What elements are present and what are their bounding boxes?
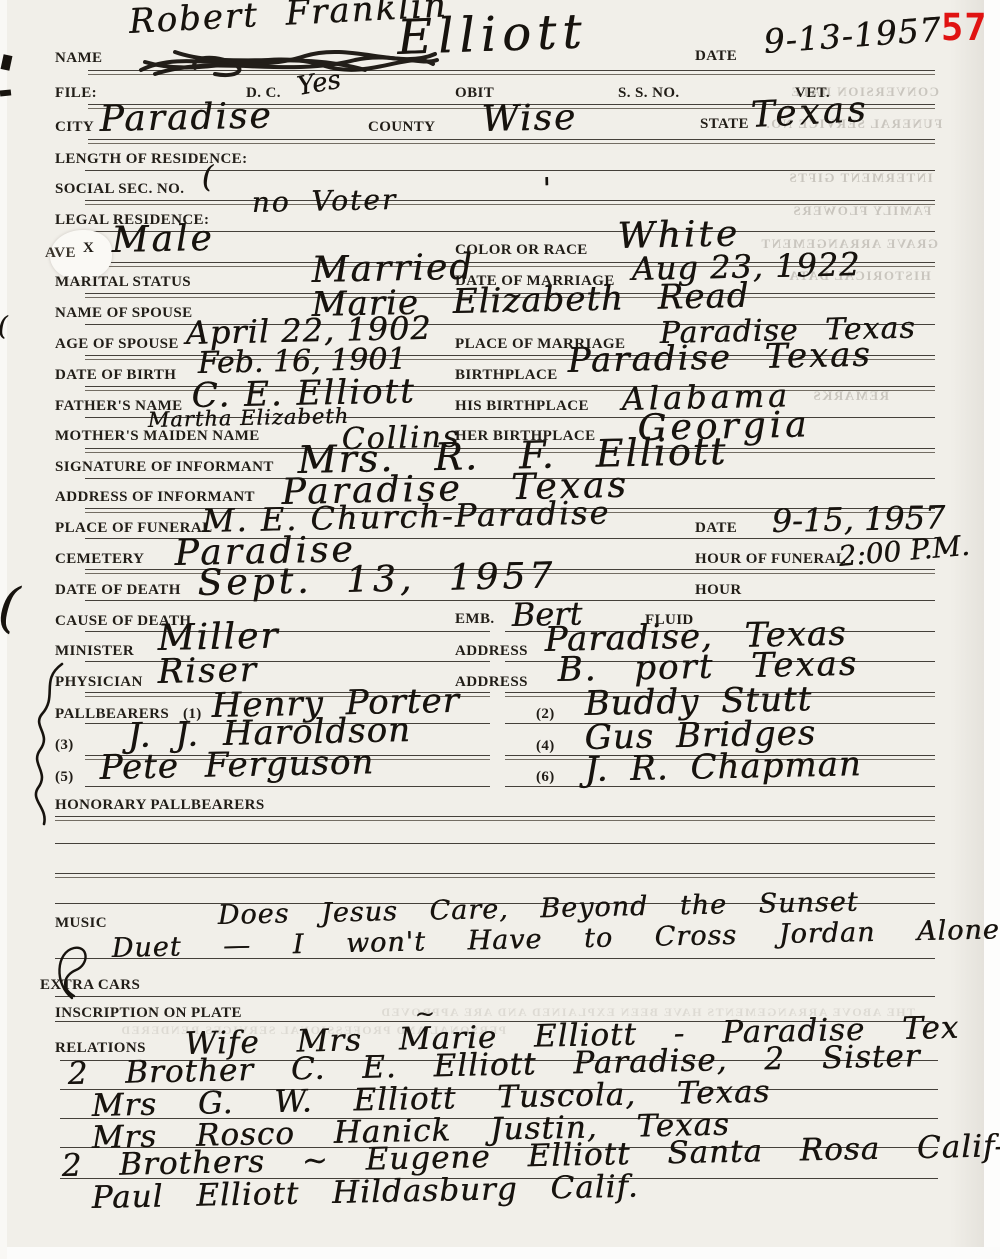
- physician-address-label: ADDRESS: [455, 674, 528, 691]
- hour-of-funeral-label: HOUR OF FUNERAL: [695, 551, 846, 568]
- his-birthplace-label: HIS BIRTHPLACE: [455, 398, 589, 415]
- mothers-maiden-name-value-line1: Martha Elizabeth: [147, 404, 349, 432]
- sex-value: Male: [111, 218, 215, 261]
- scan-edge-mark: [1, 54, 13, 71]
- ruled-line: [88, 139, 935, 144]
- date-of-birth-label: DATE OF BIRTH: [55, 367, 176, 384]
- ruled-line: [55, 996, 935, 1000]
- color-or-race-label: COLOR OR RACE: [455, 242, 588, 259]
- birthplace-label: BIRTHPLACE: [455, 367, 558, 384]
- cemetery-label: CEMETERY: [55, 551, 144, 568]
- ruled-line: [55, 873, 935, 878]
- date-of-death-label: DATE OF DEATH: [55, 582, 181, 599]
- bleedthrough-text: FAMILY FLOWERS: [792, 203, 931, 219]
- state-label: STATE: [700, 116, 749, 133]
- name-label: NAME: [55, 50, 102, 67]
- ruled-line: [85, 631, 490, 635]
- date-of-death-value: Sept. 13, 1957: [197, 555, 556, 604]
- minister-address-label: ADDRESS: [455, 643, 528, 660]
- hour-label: HOUR: [695, 582, 742, 599]
- city-label: CITY: [55, 119, 94, 136]
- social-sec-label: SOCIAL SEC. NO.: [55, 181, 184, 198]
- age-of-spouse-label: AGE OF SPOUSE: [55, 336, 179, 353]
- margin-brace-mark: [28, 662, 74, 827]
- pallbearer-5-value: Pete Ferguson: [99, 742, 374, 788]
- minister-label: MINISTER: [55, 643, 134, 660]
- ruled-line: [55, 843, 935, 847]
- emb-label: EMB.: [455, 611, 495, 628]
- county-value: Wise: [481, 97, 578, 140]
- scan-margin-right: [984, 0, 1000, 1259]
- name-of-spouse-label: NAME OF SPOUSE: [55, 305, 193, 322]
- stray-apostrophe-mark: ': [542, 172, 551, 207]
- margin-paren-mark: (: [0, 575, 21, 639]
- pallbearer-2-label: (2): [536, 706, 555, 723]
- funeral-date-label: DATE: [695, 520, 737, 537]
- birthplace-value: Paradise Texas: [567, 335, 872, 381]
- date-label: DATE: [695, 48, 737, 65]
- signature-of-informant-label: SIGNATURE OF INFORMANT: [55, 459, 274, 476]
- social-sec-mark: (: [201, 160, 213, 195]
- pallbearer-4-label: (4): [536, 738, 555, 755]
- pallbearer-6-label: (6): [536, 769, 555, 786]
- marital-status-label: MARITAL STATUS: [55, 274, 191, 291]
- ruled-line: [55, 816, 935, 821]
- ruled-line: [85, 661, 490, 665]
- music-label: MUSIC: [55, 915, 107, 932]
- margin-paren-mark: (: [0, 312, 8, 342]
- county-label: COUNTY: [368, 119, 435, 136]
- scribbled-out-name-mark: [135, 40, 440, 84]
- length-of-residence-label: LENGTH OF RESIDENCE:: [55, 151, 247, 168]
- page-edge-shadow: [950, 0, 984, 1259]
- record-date-value: 9-13-1957: [762, 10, 943, 61]
- state-value: Texas: [750, 89, 870, 136]
- file-label: FILE:: [55, 85, 97, 102]
- ruled-line: [85, 200, 935, 205]
- inscription-on-plate-label: INSCRIPTION ON PLATE: [55, 1005, 242, 1022]
- sex-label: X: [83, 240, 94, 257]
- page-number: 57: [941, 6, 988, 49]
- scan-margin-bottom: [0, 1247, 1000, 1259]
- pallbearer-6-value: J. R. Chapman: [584, 744, 862, 790]
- extra-cars-loop-mark: [52, 944, 94, 1002]
- legal-residence-value: no Voter: [251, 183, 397, 219]
- scanned-funeral-record-page: CONVERSION DATE FUNERAL SERVICE NO. INTE…: [0, 0, 1000, 1259]
- overlay-fragment-ave: AVE: [45, 245, 76, 262]
- scan-edge-mark: [0, 89, 11, 96]
- ssn-label: S. S. NO.: [618, 85, 680, 102]
- city-value: Paradise: [99, 95, 273, 140]
- honorary-pallbearers-label: HONORARY PALLBEARERS: [55, 797, 265, 814]
